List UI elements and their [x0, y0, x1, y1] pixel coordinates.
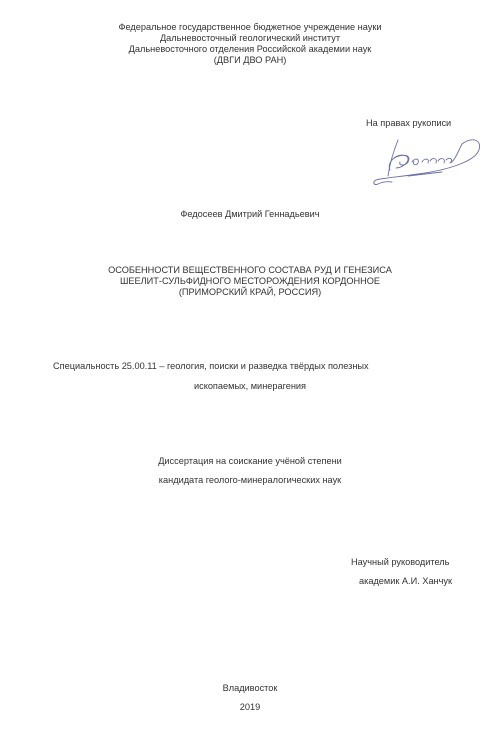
city: Владивосток	[0, 683, 500, 694]
title-page: Федеральное государственное бюджетное уч…	[0, 0, 500, 736]
institution-line: Федеральное государственное бюджетное уч…	[0, 22, 500, 33]
degree-block: Диссертация на соискание учёной степени …	[0, 452, 500, 490]
specialty-line-1: Специальность 25.00.11 – геология, поиск…	[53, 361, 369, 372]
degree-line: Диссертация на соискание учёной степени	[0, 452, 500, 471]
institution-line: Дальневосточный геологический институт	[0, 33, 500, 44]
dissertation-title: ОСОБЕННОСТИ ВЕЩЕСТВЕННОГО СОСТАВА РУД И …	[0, 265, 500, 298]
title-line: (ПРИМОРСКИЙ КРАЙ, РОССИЯ)	[0, 287, 500, 298]
title-line: ОСОБЕННОСТИ ВЕЩЕСТВЕННОГО СОСТАВА РУД И …	[0, 265, 500, 276]
institution-line: (ДВГИ ДВО РАН)	[0, 55, 500, 66]
signature-icon	[368, 132, 488, 190]
year: 2019	[0, 702, 500, 713]
institution-line: Дальневосточного отделения Российской ак…	[0, 44, 500, 55]
supervisor-name: академик А.И. Ханчук	[359, 576, 452, 587]
supervisor-label: Научный руководитель	[351, 557, 449, 568]
institution-block: Федеральное государственное бюджетное уч…	[0, 22, 500, 66]
manuscript-rights-note: На правах рукописи	[366, 118, 451, 129]
author-name: Федосеев Дмитрий Геннадьевич	[0, 209, 500, 220]
specialty-line-2: ископаемых, минерагения	[0, 381, 500, 392]
degree-line: кандидата геолого-минералогических наук	[0, 471, 500, 490]
title-line: ШЕЕЛИТ-СУЛЬФИДНОГО МЕСТОРОЖДЕНИЯ КОРДОНН…	[0, 276, 500, 287]
